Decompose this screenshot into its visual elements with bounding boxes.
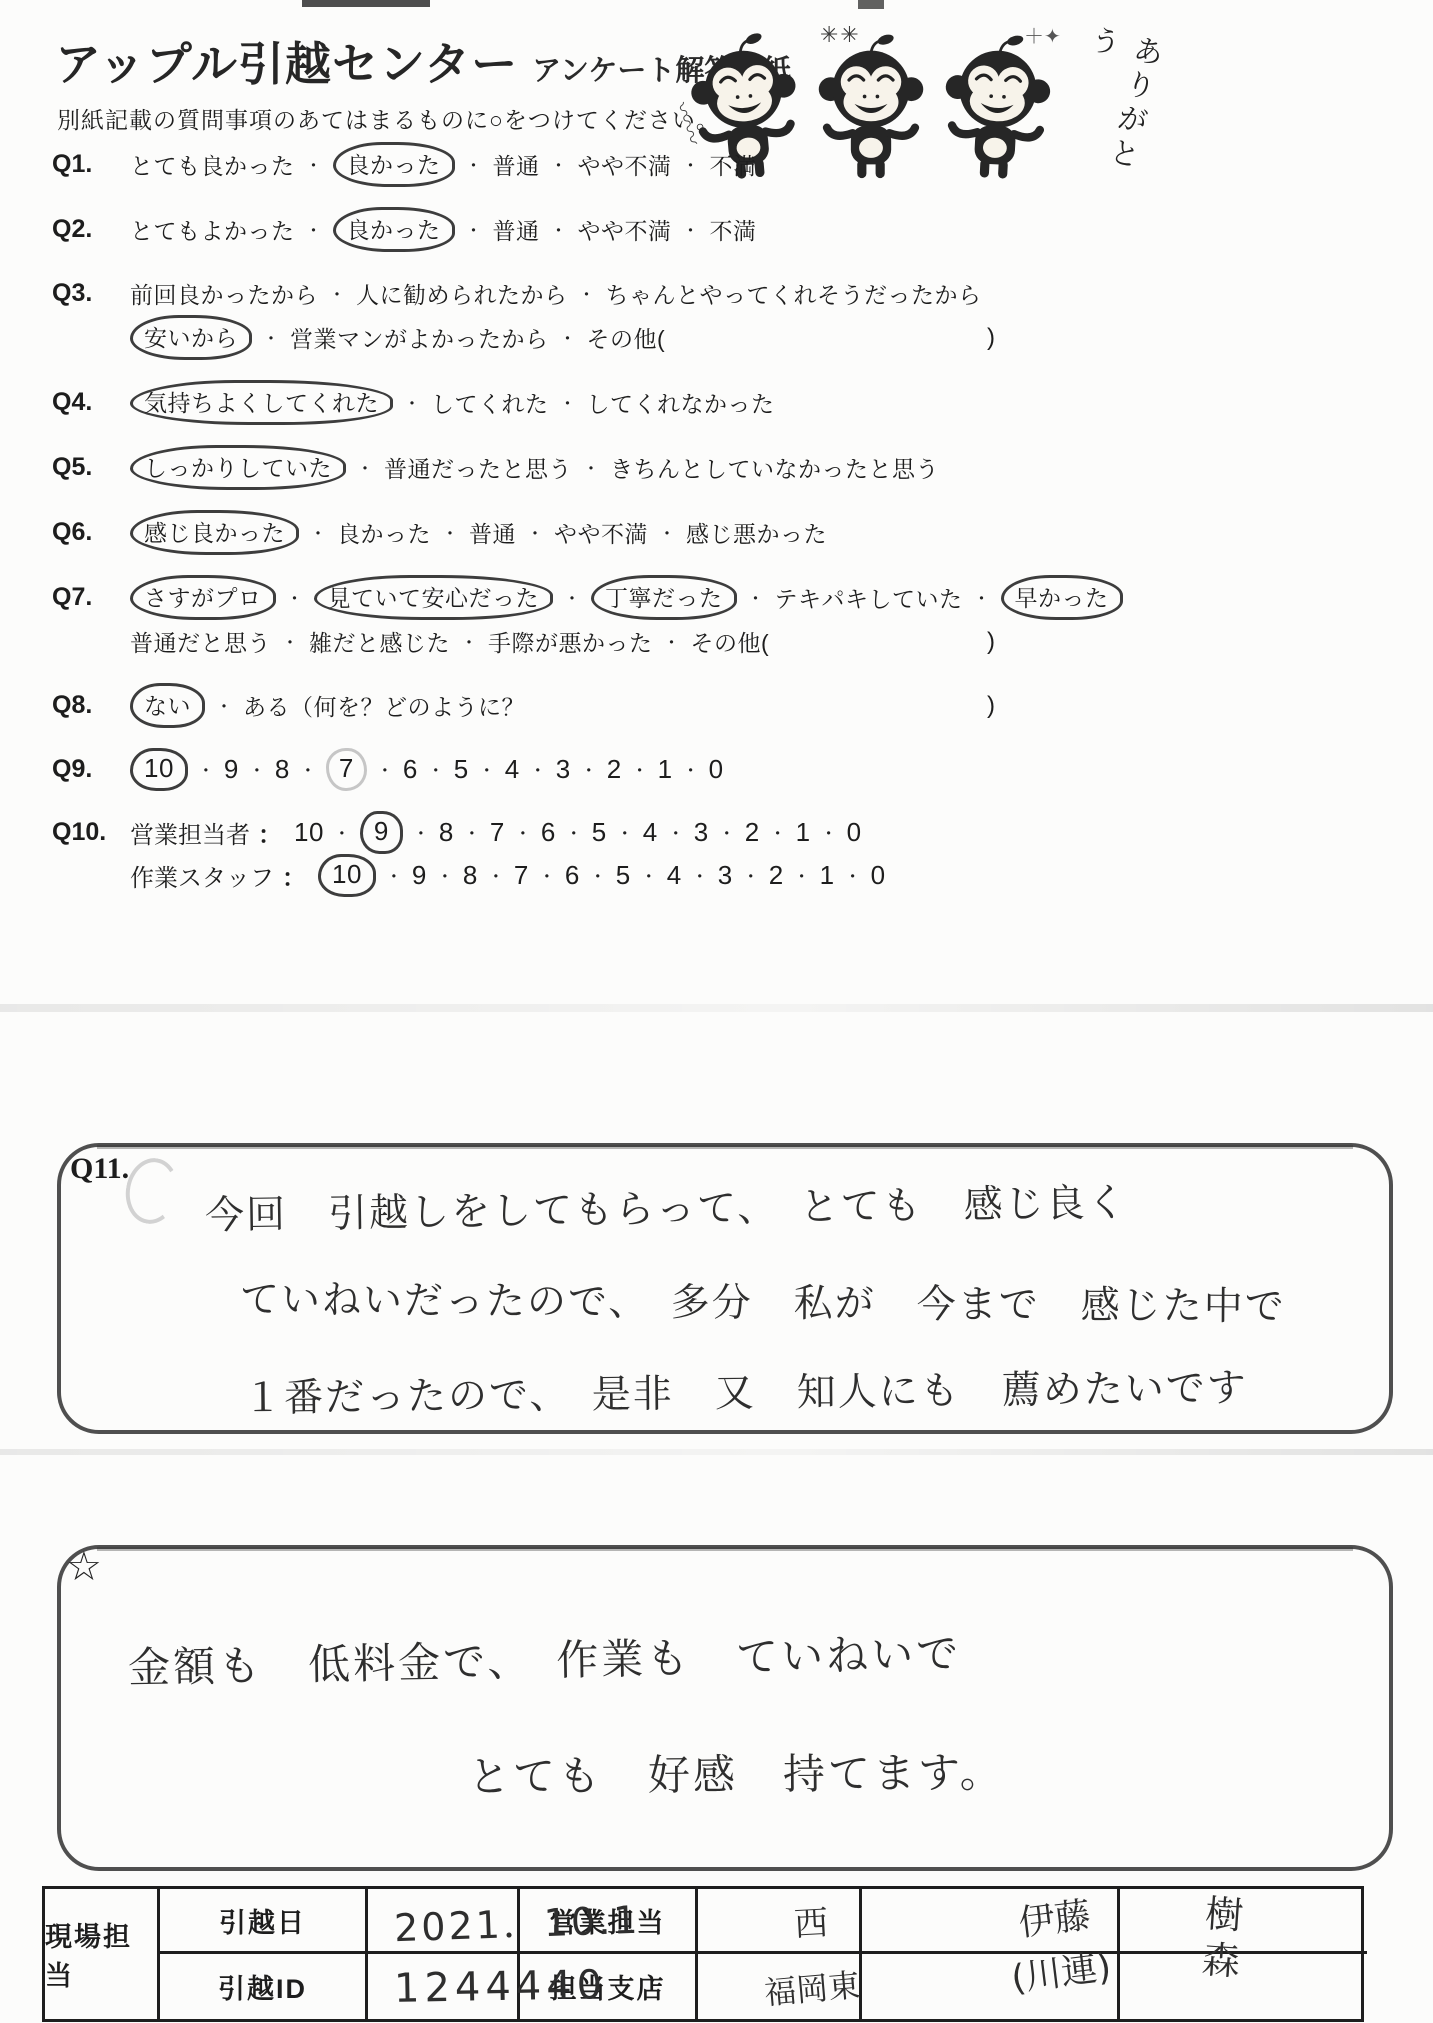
answer-option-circled: 安いから <box>130 315 252 360</box>
score-option: 1 <box>658 754 673 785</box>
colon: ： <box>282 858 306 893</box>
question-q2: Q2. とてもよかった ・良かった ・普通 ・やや不満 ・不満 <box>52 207 1192 252</box>
score-row-label: 営業担当者 <box>130 815 250 850</box>
score-option: 6 <box>565 860 580 891</box>
answer-option: とてもよかった <box>130 213 295 246</box>
answer-option: 良かった <box>337 516 431 549</box>
scan-artifact <box>0 1449 1433 1455</box>
separator: ・ <box>682 152 700 178</box>
separator: ・ <box>616 820 634 846</box>
question-id: Q4. <box>52 388 130 417</box>
question-q1: Q1. とても良かった ・良かった ・普通 ・やや不満 ・不満 <box>52 142 1192 187</box>
separator: ・ <box>631 757 649 783</box>
footer-info-table: 引越日 2021．10.1 営業担当 西 現場担当 引越ID 1244440 担… <box>42 1886 1364 2022</box>
question-id: Q3. <box>52 279 130 308</box>
separator: ・ <box>286 585 304 611</box>
question-id: Q11. <box>70 1152 129 1186</box>
question-id: Q10. <box>52 818 130 847</box>
separator: ・ <box>640 863 658 889</box>
answer-option: ある（何を？どのように？ <box>243 689 525 722</box>
score-option: 8 <box>275 754 290 785</box>
separator: ・ <box>412 820 430 846</box>
separator: ・ <box>197 757 215 783</box>
separator: ・ <box>538 863 556 889</box>
q11-handwritten-line: １番だったので、 是非 又 知人にも 薦めたいです <box>243 1357 1248 1424</box>
score-option: 10 <box>294 817 324 848</box>
separator: ・ <box>385 863 403 889</box>
separator: ・ <box>844 863 862 889</box>
branch-value: 福岡東 <box>698 1954 862 2019</box>
score-option: 7 <box>514 860 529 891</box>
scan-artifact <box>858 0 884 9</box>
answer-option: 人に勧められたから <box>356 277 568 310</box>
separator: ・ <box>973 585 991 611</box>
score-option: 0 <box>709 754 724 785</box>
move-id-value: 1244440 <box>368 1954 520 2019</box>
score-option: 3 <box>694 817 709 848</box>
answer-option: 普通 <box>493 213 540 246</box>
answer-option: 不満 <box>710 213 757 246</box>
separator: ・ <box>718 820 736 846</box>
answer-option: 営業マンがよかったから <box>290 321 549 354</box>
score-option-circled: 9 <box>360 811 403 854</box>
answer-option: 普通 <box>493 148 540 181</box>
separator: ・ <box>578 281 596 307</box>
score-option: 9 <box>412 860 427 891</box>
score-option: 4 <box>505 754 520 785</box>
separator: ・ <box>691 863 709 889</box>
answer-option: とても良かった <box>130 148 295 181</box>
separator: ・ <box>529 757 547 783</box>
question-id: Q6. <box>52 518 130 547</box>
score-option: 4 <box>643 817 658 848</box>
answer-option: その他( <box>587 321 666 354</box>
separator: ・ <box>309 520 327 546</box>
answer-option-circled: 早かった <box>1001 575 1123 620</box>
star-comment-box <box>57 1545 1393 1871</box>
site-crew-name-1: 伊藤 (川連) <box>1002 1887 1115 2006</box>
answer-option-circled: 見ていて安心だった <box>314 575 554 620</box>
sales-rep-value: 西 <box>698 1889 862 1954</box>
score-row-label: 作業スタッフ <box>130 858 274 893</box>
answer-option: してくれなかった <box>587 386 775 419</box>
score-option: 9 <box>224 754 239 785</box>
answer-option: きちんとしていなかったと思う <box>610 451 939 484</box>
score-option: 5 <box>592 817 607 848</box>
answer-option: やや不満 <box>578 213 672 246</box>
score-option: 1 <box>820 860 835 891</box>
close-paren: ) <box>987 692 995 720</box>
score-option: 5 <box>454 754 469 785</box>
separator: ・ <box>582 455 600 481</box>
separator: ・ <box>436 863 454 889</box>
separator: ・ <box>526 520 544 546</box>
separator: ・ <box>663 629 681 655</box>
separator: ・ <box>441 520 459 546</box>
answer-option-circled: 良かった <box>333 207 455 252</box>
scan-artifact <box>302 0 430 7</box>
answer-option-circled: 感じ良かった <box>130 510 299 555</box>
question-q7: Q7. さすがプロ ・見ていて安心だった ・丁寧だった ・テキパキしていた ・早… <box>52 575 1192 663</box>
answer-option: その他( <box>691 625 770 658</box>
question-q6: Q6. 感じ良かった ・良かった ・普通 ・やや不満 ・感じ悪かった <box>52 510 1192 555</box>
answer-option: 不満 <box>710 148 757 181</box>
answer-option: ちゃんとやってくれそうだったから <box>606 277 982 310</box>
separator: ・ <box>333 820 351 846</box>
separator: ・ <box>769 820 787 846</box>
separator: ・ <box>215 693 233 719</box>
separator: ・ <box>403 390 421 416</box>
score-option: 2 <box>745 817 760 848</box>
score-option: 2 <box>769 860 784 891</box>
answer-option: やや不満 <box>578 148 672 181</box>
score-option: 6 <box>541 817 556 848</box>
separator: ・ <box>487 863 505 889</box>
separator: ・ <box>580 757 598 783</box>
separator: ・ <box>667 820 685 846</box>
question-id: Q1. <box>52 150 130 179</box>
answer-option: 普通 <box>469 516 516 549</box>
close-paren: ) <box>987 324 995 352</box>
separator: ・ <box>460 629 478 655</box>
answer-option: テキパキしていた <box>775 581 963 614</box>
separator: ・ <box>565 820 583 846</box>
q11-handwritten-line: ていねいだったので、 多分 私が 今まで 感じた中で <box>240 1268 1286 1331</box>
separator: ・ <box>742 863 760 889</box>
separator: ・ <box>514 820 532 846</box>
separator: ・ <box>563 585 581 611</box>
separator: ・ <box>427 757 445 783</box>
separator: ・ <box>550 152 568 178</box>
score-option: 2 <box>607 754 622 785</box>
answer-option: 雑だと感じた <box>309 625 450 658</box>
question-id: Q2. <box>52 215 130 244</box>
score-option: 0 <box>871 860 886 891</box>
separator: ・ <box>305 217 323 243</box>
separator: ・ <box>747 585 765 611</box>
question-q3: Q3. 前回良かったから ・人に勧められたから ・ちゃんとやってくれそうだったか… <box>52 272 1192 360</box>
separator: ・ <box>559 325 577 351</box>
question-list: Q1. とても良かった ・良かった ・普通 ・やや不満 ・不満 Q2. とてもよ… <box>52 142 1192 917</box>
separator: ・ <box>356 455 374 481</box>
separator: ・ <box>248 757 266 783</box>
answer-option-circled: 良かった <box>333 142 455 187</box>
score-option: 5 <box>616 860 631 891</box>
separator: ・ <box>299 757 317 783</box>
separator: ・ <box>820 820 838 846</box>
separator: ・ <box>305 152 323 178</box>
scan-artifact <box>0 1004 1433 1012</box>
separator: ・ <box>793 863 811 889</box>
question-q10: Q10. 営業担当者 ： 10 ・9 ・8 ・7 ・6 ・5 ・4 ・3 ・2 … <box>52 811 1192 897</box>
answer-option-circled: さすがプロ <box>130 575 276 620</box>
site-crew-label: 現場担当 <box>45 1889 160 2019</box>
move-date-value: 2021．10.1 <box>368 1889 520 1954</box>
separator: ・ <box>463 820 481 846</box>
score-option: 8 <box>463 860 478 891</box>
score-option: 6 <box>403 754 418 785</box>
score-option-circled: 10 <box>130 748 188 791</box>
star-handwritten-line: とても 好感 持てます。 <box>468 1740 1005 1805</box>
score-option: 7 <box>490 817 505 848</box>
score-option: 3 <box>556 754 571 785</box>
star-icon: ☆ <box>66 1544 102 1590</box>
separator: ・ <box>262 325 280 351</box>
separator: ・ <box>376 757 394 783</box>
answer-option-circled: 丁寧だった <box>591 575 737 620</box>
question-id: Q9. <box>52 755 130 784</box>
question-id: Q7. <box>52 583 130 612</box>
separator: ・ <box>682 757 700 783</box>
question-q5: Q5. しっかりしていた ・普通だったと思う ・きちんとしていなかったと思う <box>52 445 1192 490</box>
separator: ・ <box>550 217 568 243</box>
question-id: Q8. <box>52 691 130 720</box>
separator: ・ <box>465 152 483 178</box>
score-option: 8 <box>439 817 454 848</box>
answer-option: 普通だと思う <box>130 625 271 658</box>
separator: ・ <box>465 217 483 243</box>
close-paren: ) <box>987 628 995 656</box>
score-option-erased-circle: 7 <box>326 748 367 791</box>
brand-title: アップル引越センター <box>55 38 518 90</box>
separator: ・ <box>281 629 299 655</box>
answer-option: 普通だったと思う <box>384 451 572 484</box>
answer-option: 前回良かったから <box>130 277 318 310</box>
move-id-label: 引越ID <box>160 1954 368 2019</box>
answer-option-circled: ない <box>130 683 205 728</box>
separator: ・ <box>589 863 607 889</box>
separator: ・ <box>328 281 346 307</box>
separator: ・ <box>478 757 496 783</box>
move-date-label: 引越日 <box>160 1889 368 1954</box>
question-q4: Q4. 気持ちよくしてくれた ・してくれた ・してくれなかった <box>52 380 1192 425</box>
question-q8: Q8. ない ・ある（何を？どのように？ ) <box>52 683 1192 728</box>
answer-option: 感じ悪かった <box>686 516 827 549</box>
separator: ・ <box>559 390 577 416</box>
score-option: 1 <box>796 817 811 848</box>
question-q9: Q9. 10 ・9 ・8 ・7 ・6 ・5 ・4 ・3 ・2 ・1 ・0 <box>52 748 1192 791</box>
score-option: 3 <box>718 860 733 891</box>
score-option: 4 <box>667 860 682 891</box>
answer-option-circled: 気持ちよくしてくれた <box>130 380 393 425</box>
site-crew-name-2: 樹森 <box>1189 1892 1250 1988</box>
colon: ： <box>258 815 282 850</box>
answer-option-circled: しっかりしていた <box>130 445 346 490</box>
separator: ・ <box>682 217 700 243</box>
answer-option: 手際が悪かった <box>488 625 653 658</box>
answer-option: やや不満 <box>554 516 648 549</box>
question-id: Q5. <box>52 453 130 482</box>
score-option-circled: 10 <box>318 854 376 897</box>
survey-sheet: アップル引越センターアンケート解答用紙 別紙記載の質問事項のあてはまるものに○を… <box>0 0 1433 2023</box>
score-option: 0 <box>847 817 862 848</box>
answer-option: してくれた <box>431 386 549 419</box>
separator: ・ <box>658 520 676 546</box>
